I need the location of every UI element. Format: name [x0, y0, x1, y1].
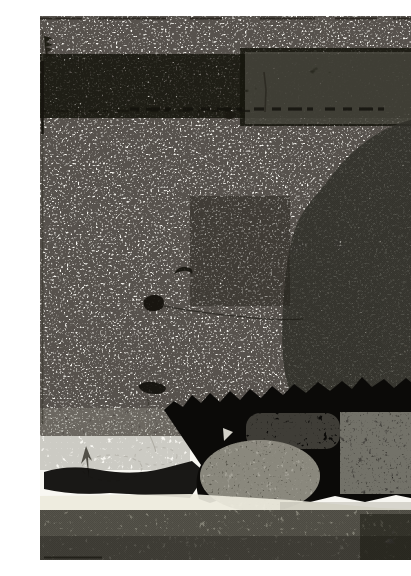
plaster-foot-texture	[40, 408, 190, 470]
rubble-patch-right-highlights	[340, 412, 411, 494]
top-mortar-band	[40, 48, 411, 130]
band-stain-wash	[245, 52, 411, 124]
wall-photograph	[40, 16, 411, 560]
stain-fringe-speckle	[190, 196, 290, 306]
photo-canvas	[40, 16, 411, 560]
rubble-ground	[40, 510, 411, 560]
ground-halftone	[40, 510, 411, 560]
